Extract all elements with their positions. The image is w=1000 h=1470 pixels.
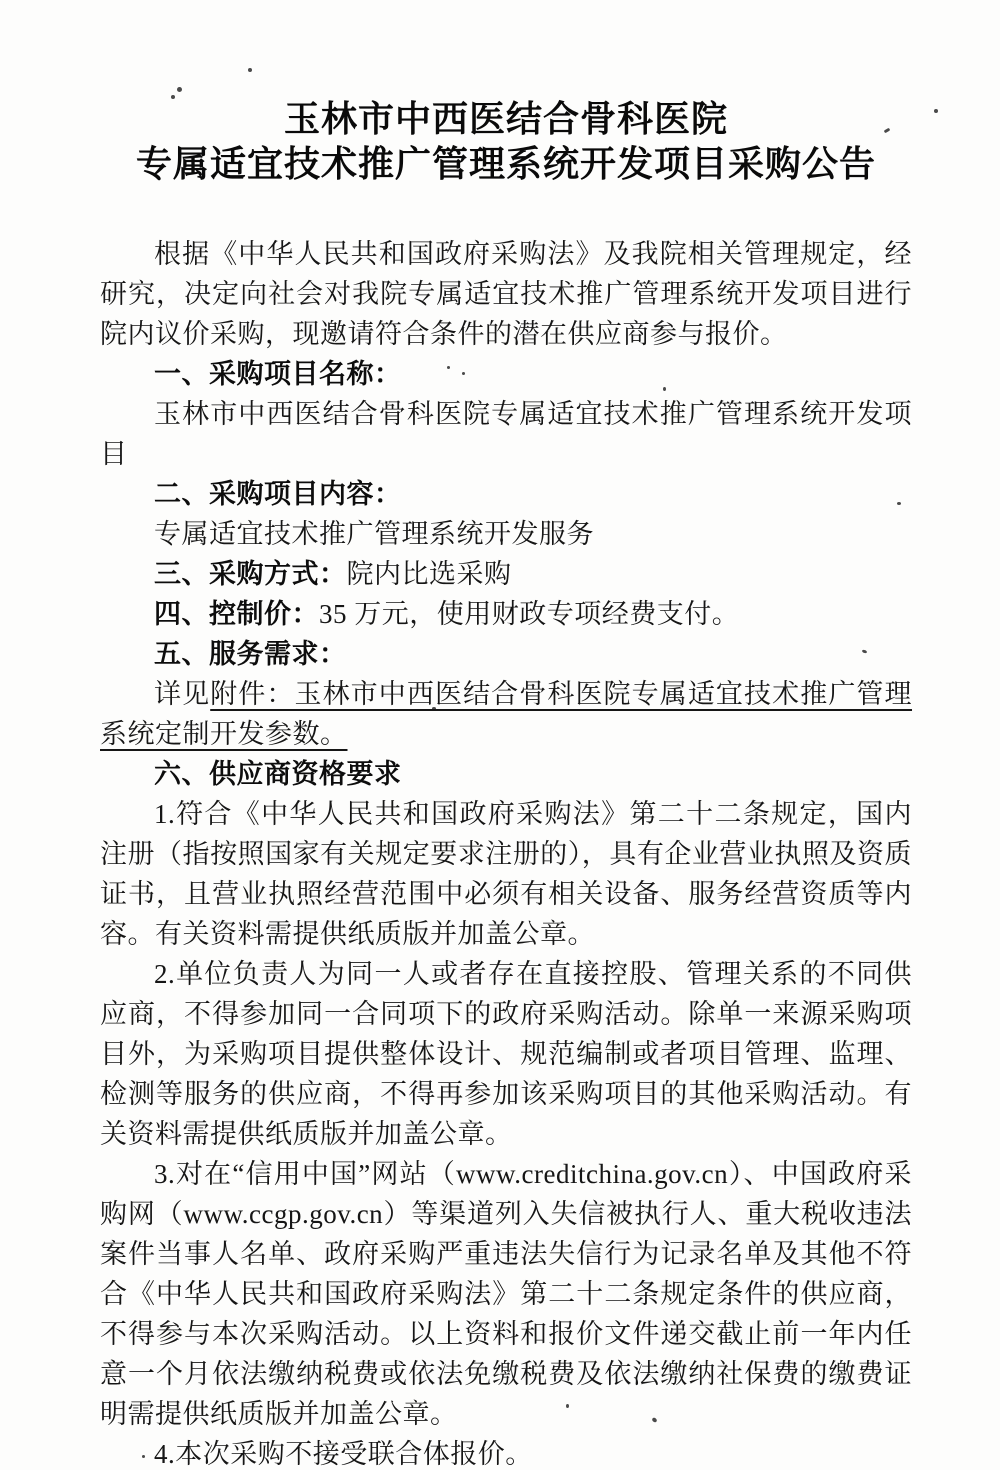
scan-speck [248,68,252,72]
supplier-requirement-item-3: 3.对在“信用中国”网站（www.creditchina.gov.cn）、中国政… [100,1154,912,1434]
section-4-heading: 四、控制价： [154,599,319,629]
scan-speck [177,87,182,92]
section-2-heading: 二、采购项目内容： [100,474,912,514]
document-content: 根据《中华人民共和国政府采购法》及我院相关管理规定，经研究，决定向社会对我院专属… [100,234,912,1470]
section-1-heading: 一、采购项目名称： [100,354,912,394]
title-line-1: 玉林市中西医结合骨科医院 [100,96,912,141]
document-body: 玉林市中西医结合骨科医院 专属适宜技术推广管理系统开发项目采购公告 根据《中华人… [100,96,912,1470]
section-4-line: 四、控制价：35 万元，使用财政专项经费支付。 [100,594,912,634]
section-5-heading: 五、服务需求： [100,634,912,674]
attachment-underlined-text: 附件：玉林市中西医结合骨科医院专属适宜技术推广管理系统定制开发参数。 [100,679,912,749]
section-3-line: 三、采购方式：院内比选采购 [100,554,912,594]
section-3-heading: 三、采购方式： [154,559,347,589]
scan-speck [934,109,938,113]
title-line-2: 专属适宜技术推广管理系统开发项目采购公告 [100,141,912,186]
intro-paragraph: 根据《中华人民共和国政府采购法》及我院相关管理规定，经研究，决定向社会对我院专属… [100,234,912,354]
attachment-prefix: 详见 [154,679,210,709]
section-4-value: 35 万元，使用财政专项经费支付。 [319,599,739,629]
supplier-requirement-item-4: 4.本次采购不接受联合体报价。 [100,1434,912,1470]
supplier-requirement-item-2: 2.单位负责人为同一人或者存在直接控股、管理关系的不同供应商，不得参加同一合同项… [100,954,912,1154]
scanned-document-page: 玉林市中西医结合骨科医院 专属适宜技术推广管理系统开发项目采购公告 根据《中华人… [0,0,1000,1470]
supplier-requirement-item-1: 1.符合《中华人民共和国政府采购法》第二十二条规定，国内注册（指按照国家有关规定… [100,794,912,954]
document-title: 玉林市中西医结合骨科医院 专属适宜技术推广管理系统开发项目采购公告 [100,96,912,186]
attachment-reference: 详见附件：玉林市中西医结合骨科医院专属适宜技术推广管理系统定制开发参数。 [100,674,912,754]
section-3-value: 院内比选采购 [347,559,512,589]
section-1-body: 玉林市中西医结合骨科医院专属适宜技术推广管理系统开发项目 [100,394,912,474]
section-2-body: 专属适宜技术推广管理系统开发服务 [100,514,912,554]
section-6-heading: 六、供应商资格要求 [100,754,912,794]
